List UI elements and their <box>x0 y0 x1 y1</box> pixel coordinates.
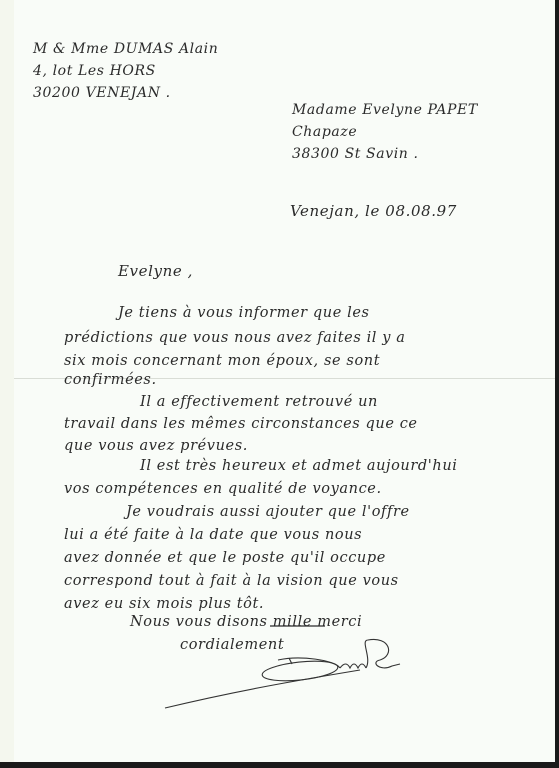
decorative-strokes <box>0 0 555 762</box>
letter-page: M & Mme DUMAS Alain 4, lot Les HORS 3020… <box>0 0 555 762</box>
signature <box>165 639 400 708</box>
